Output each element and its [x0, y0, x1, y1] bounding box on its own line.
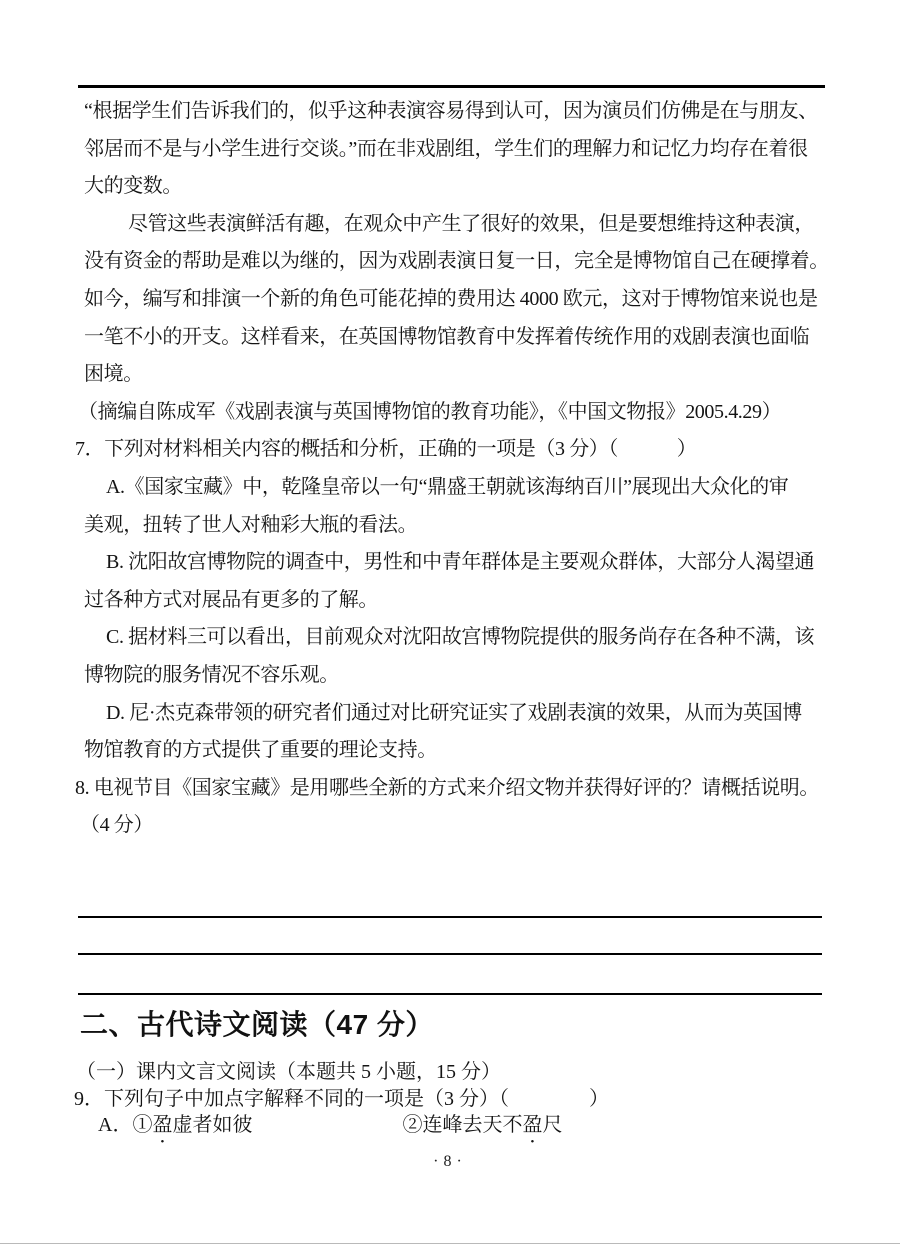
option-a-phrase-2: ②连峰去天不盈尺: [402, 1114, 562, 1136]
option-a-phrase-1: ①盈虚者如彼: [132, 1114, 252, 1136]
option-a-label: A．: [98, 1114, 132, 1136]
paragraph-line: 大的变数。: [84, 168, 824, 206]
answer-blank-line: [78, 953, 822, 955]
question-9-option-a: A．①盈虚者如彼②连峰去天不盈尺: [98, 1113, 562, 1137]
question-9-stem: 9．下列句子中加点字解释不同的一项是（3 分）（ ）: [74, 1087, 609, 1111]
question-8-stem: 8. 电视节目《国家宝藏》是用哪些全新的方式来介绍文物并获得好评的？请概括说明。: [75, 770, 824, 808]
paragraph-line: 如今，编写和排演一个新的角色可能花掉的费用达 4000 欧元，这对于博物馆来说也…: [84, 281, 824, 319]
body-text: “根据学生们告诉我们的，似乎这种表演容易得到认可，因为演员们仿佛是在与朋友、 邻…: [84, 93, 824, 845]
question-7-option-d-cont: 物馆教育的方式提供了重要的理论支持。: [84, 732, 824, 770]
header-rule: [78, 85, 825, 88]
page-number: ·8·: [0, 1153, 900, 1171]
question-7-option-a: A.《国家宝藏》中，乾隆皇帝以一句“鼎盛王朝就该海纳百川”展现出大众化的审: [84, 469, 824, 507]
section-two-heading: 二、古代诗文阅读（47 分）: [80, 1008, 434, 1042]
phrase2-dotted-char: 盈: [522, 1114, 542, 1136]
question-8-points: （4 分）: [80, 807, 824, 845]
paragraph-line: 一笔不小的开支。这样看来，在英国博物馆教育中发挥着传统作用的戏剧表演也面临: [84, 319, 824, 357]
paragraph-line: 尽管这些表演鲜活有趣，在观众中产生了很好的效果，但是要想维持这种表演，: [84, 206, 824, 244]
paragraph-line: 没有资金的帮助是难以为继的，因为戏剧表演日复一日，完全是博物馆自己在硬撑着。: [84, 243, 824, 281]
question-7-stem: 7．下列对材料相关内容的概括和分析，正确的一项是（3 分）（ ）: [75, 431, 824, 469]
question-7-option-c: C. 据材料三可以看出，目前观众对沈阳故宫博物院提供的服务尚存在各种不满，该: [84, 619, 824, 657]
phrase1-post: 虚者如彼: [172, 1114, 252, 1136]
answer-blank-line: [78, 993, 822, 995]
question-7-option-b: B. 沈阳故宫博物院的调查中，男性和中青年群体是主要观众群体，大部分人渴望通: [84, 544, 824, 582]
paragraph-line: “根据学生们告诉我们的，似乎这种表演容易得到认可，因为演员们仿佛是在与朋友、: [84, 93, 824, 131]
phrase1-dotted-char: 盈: [152, 1114, 172, 1136]
question-7-option-c-cont: 博物院的服务情况不容乐观。: [84, 657, 824, 695]
answer-blank-line: [78, 916, 822, 918]
question-7-option-d: D. 尼·杰克森带领的研究者们通过对比研究证实了戏剧表演的效果，从而为英国博: [84, 695, 824, 733]
question-7-option-b-cont: 过各种方式对展品有更多的了解。: [84, 582, 824, 620]
paragraph-line: 邻居而不是与小学生进行交谈。”而在非戏剧组，学生们的理解力和记忆力均存在着很: [84, 131, 824, 169]
scan-edge-line: [0, 1243, 900, 1244]
phrase2-post: 尺: [542, 1114, 562, 1136]
question-7-option-a-cont: 美观，扭转了世人对釉彩大瓶的看法。: [84, 507, 824, 545]
phrase2-pre: ②连峰去天不: [402, 1114, 522, 1136]
paragraph-line: 困境。: [84, 356, 824, 394]
section-two-subheading: （一）课内文言文阅读（本题共 5 小题，15 分）: [76, 1060, 501, 1084]
exam-paper-page: “根据学生们告诉我们的，似乎这种表演容易得到认可，因为演员们仿佛是在与朋友、 邻…: [0, 0, 900, 1246]
source-citation: （摘编自陈成军《戏剧表演与英国博物馆的教育功能》，《中国文物报》2005.4.2…: [78, 394, 824, 432]
phrase1-pre: ①: [132, 1114, 152, 1136]
